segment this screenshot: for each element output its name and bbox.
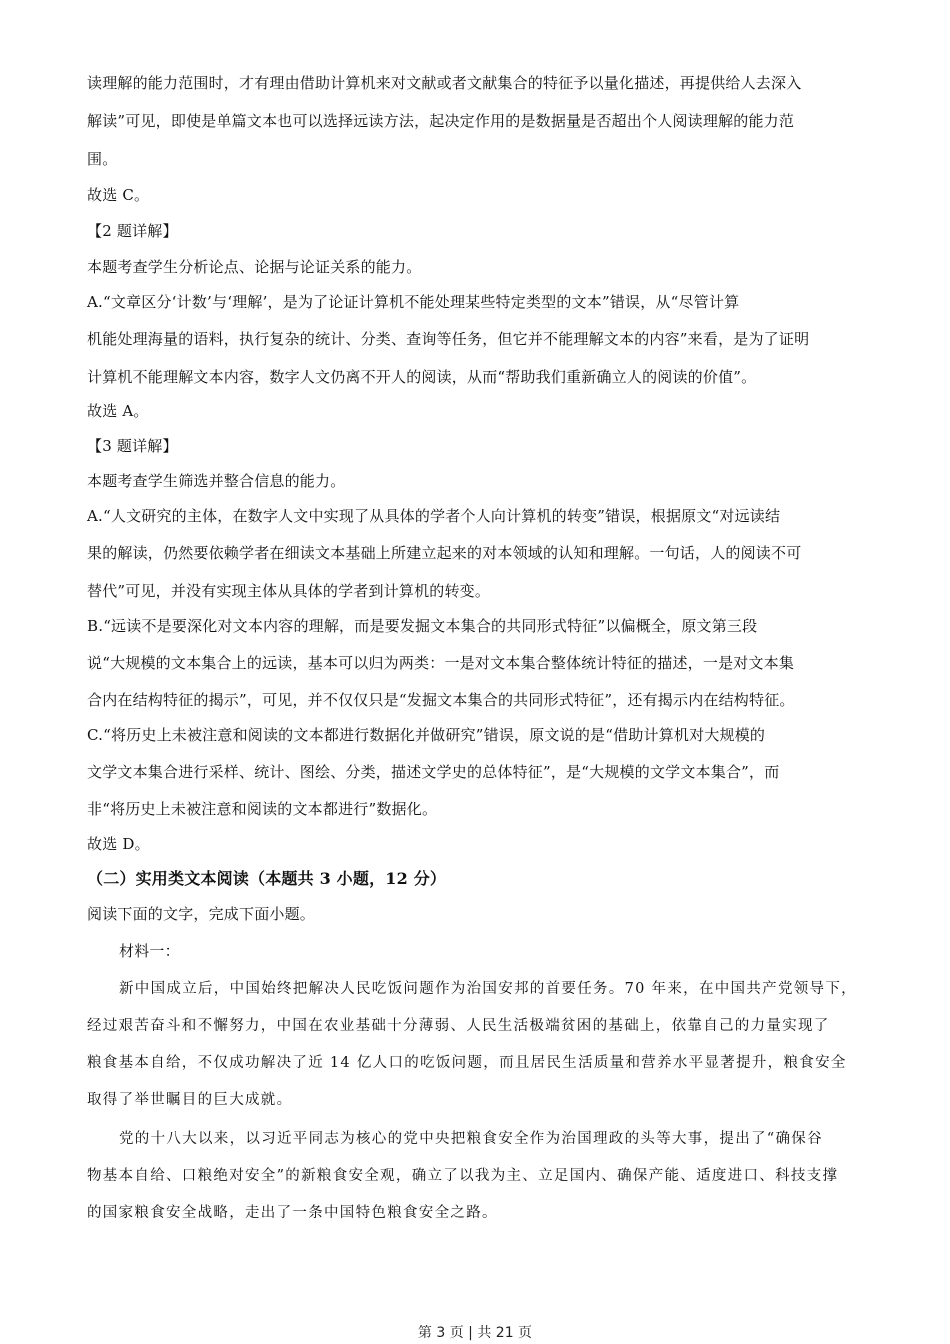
section-heading: （二）实用类文本阅读（本题共 3 小题，12 分） — [87, 866, 446, 889]
text-line: 替代”可见，并没有实现主体从具体的学者到计算机的转变。 — [87, 580, 490, 601]
text-line: 故选 C。 — [87, 184, 149, 205]
material-line: 物基本自给、口粮绝对安全”的新粮食安全观，确立了以我为主、立足国内、确保产能、适… — [87, 1164, 838, 1185]
material-line: 党的十八大以来，以习近平同志为核心的党中央把粮食安全作为治国理政的头等大事，提出… — [119, 1127, 823, 1148]
text-line: A.“人文研究的主体，在数字人文中实现了从具体的学者个人向计算机的转变”错误，根… — [87, 505, 780, 526]
material-line: 取得了举世瞩目的巨大成就。 — [87, 1088, 292, 1109]
text-line: 【2 题详解】 — [87, 220, 178, 241]
text-line: C.“将历史上未被注意和阅读的文本都进行数据化并做研究”错误，原文说的是“借助计… — [87, 724, 765, 745]
page-footer: 第 3 页 | 共 21 页 — [0, 1322, 950, 1342]
text-line: 本题考查学生筛选并整合信息的能力。 — [87, 470, 345, 491]
text-line: 文学文本集合进行采样、统计、图绘、分类，描述文学史的总体特征”，是“大规模的文学… — [87, 761, 779, 782]
text-line: 本题考查学生分析论点、论据与论证关系的能力。 — [87, 256, 421, 277]
text-line: A.“文章区分‘计数’与‘理解’，是为了论证计算机不能处理某些特定类型的文本”错… — [87, 291, 739, 312]
material-line: 经过艰苦奋斗和不懈努力，中国在农业基础十分薄弱、人民生活极端贫困的基础上，依靠自… — [87, 1014, 830, 1035]
text-line: 非“将历史上未被注意和阅读的文本都进行”数据化。 — [87, 798, 437, 819]
material-line: 新中国成立后，中国始终把解决人民吃饭问题作为治国安邦的首要任务。70 年来，在中… — [119, 977, 857, 998]
text-line: 读理解的能力范围时，才有理由借助计算机来对文献或者文献集合的特征予以量化描述，再… — [87, 72, 801, 93]
text-line: 故选 A。 — [87, 400, 149, 421]
material-line: 的国家粮食安全战略，走出了一条中国特色粮食安全之路。 — [87, 1201, 498, 1222]
material-line: 粮食基本自给，不仅成功解决了近 14 亿人口的吃饭问题，而且居民生活质量和营养水… — [87, 1051, 847, 1072]
text-line: 说“大规模的文本集合上的远读，基本可以归为两类：一是对文本集合整体统计特征的描述… — [87, 652, 794, 673]
text-line: 机能处理海量的语料，执行复杂的统计、分类、查询等任务，但它并不能理解文本的内容”… — [87, 328, 809, 349]
text-line: 【3 题详解】 — [87, 435, 178, 456]
text-line: 故选 D。 — [87, 833, 150, 854]
text-line: 解读”可见，即使是单篇文本也可以选择远读方法，起决定作用的是数据量是否超出个人阅… — [87, 110, 794, 131]
text-line: 计算机不能理解文本内容，数字人文仍离不开人的阅读，从而“帮助我们重新确立人的阅读… — [87, 366, 756, 387]
text-line: 果的解读，仍然要依赖学者在细读文本基础上所建立起来的对本领域的认知和理解。一句话… — [87, 542, 801, 563]
text-line: 围。 — [87, 148, 117, 169]
text-line: B.“远读不是要深化对文本内容的理解，而是要发掘文本集合的共同形式特征”以偏概全… — [87, 615, 757, 636]
text-line: 合内在结构特征的揭示”，可见，并不仅仅只是“发掘文本集合的共同形式特征”，还有揭… — [87, 689, 795, 710]
instruction-text: 阅读下面的文字，完成下面小题。 — [87, 903, 315, 924]
material-label: 材料一： — [119, 940, 180, 961]
